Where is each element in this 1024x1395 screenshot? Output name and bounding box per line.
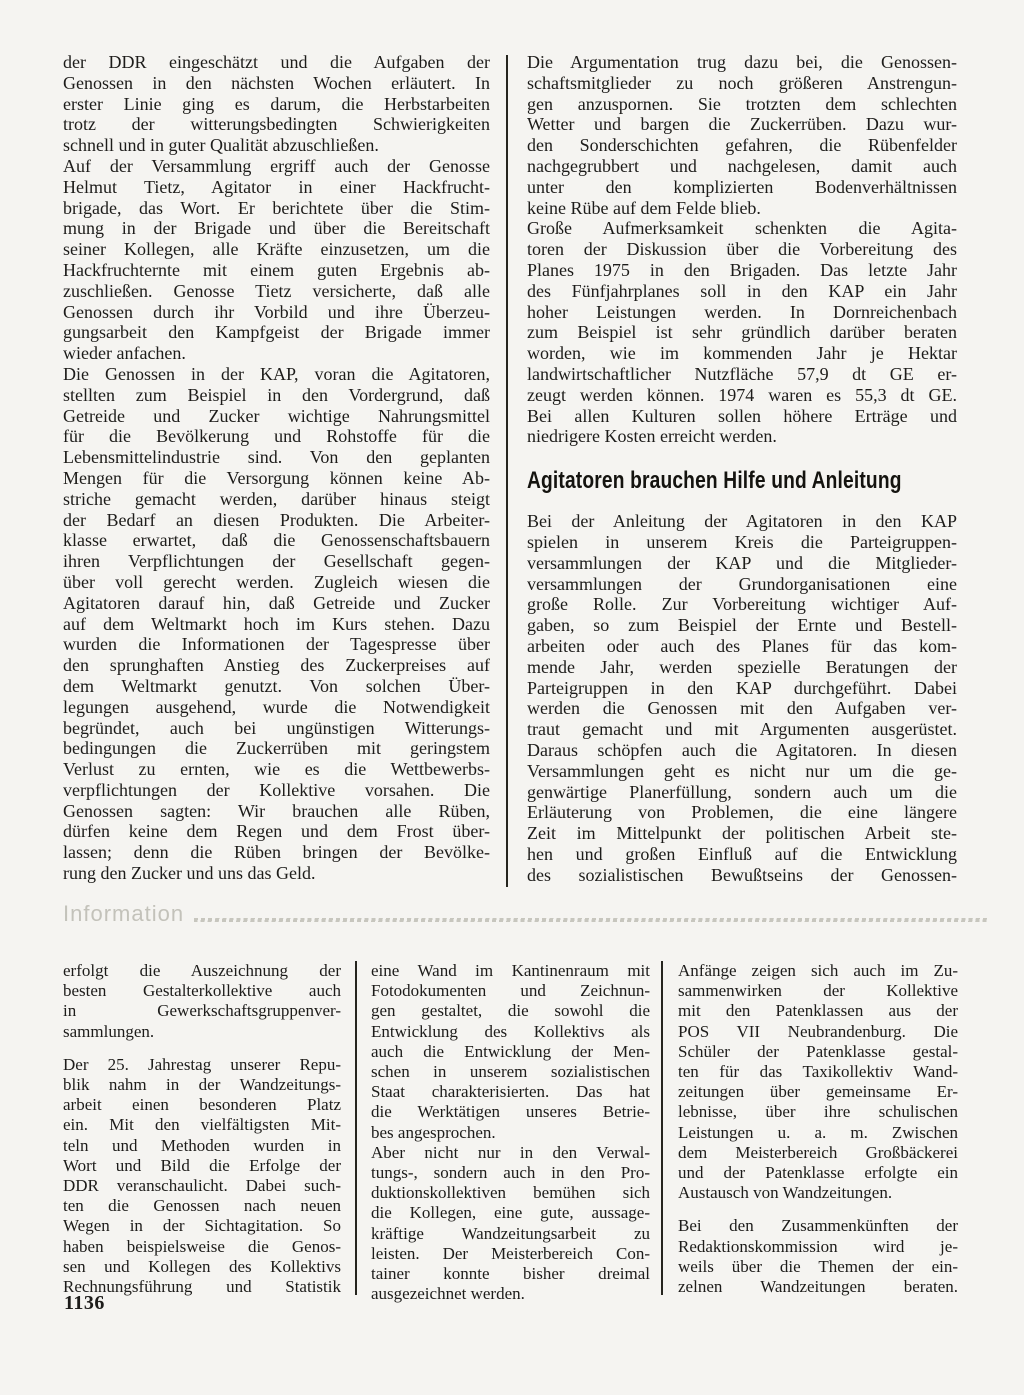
text-line: Genossen in den nächsten Wochen erläuter… bbox=[63, 73, 490, 94]
text-line: Bei den Zusammenkünften der bbox=[678, 1216, 958, 1236]
right-column-upper-paragraphs: Die Argumentation trug dazu bei, die Gen… bbox=[527, 52, 957, 447]
text-line: begründet, auch bei ungünstigen Witterun… bbox=[63, 718, 490, 739]
text-line: zum Beispiel ist sehr gründlich darüber … bbox=[527, 322, 957, 343]
scanned-journal-page: der DDR eingeschätzt und die Aufgaben de… bbox=[0, 0, 1024, 1395]
text-line: dürfen keine dem Regen und dem Frost übe… bbox=[63, 821, 490, 842]
text-line: zeugt werden können. 1974 waren es 55,3 … bbox=[527, 385, 957, 406]
paragraph: Auf der Versammlung ergriff auch der Gen… bbox=[63, 156, 490, 364]
text-line: weils über die Themen der ein- bbox=[678, 1257, 958, 1277]
text-line: Genossen durch ihr Vorbild und ihre Über… bbox=[63, 302, 490, 323]
paragraph: eine Wand im Kantinenraum mitFotodokumen… bbox=[371, 961, 650, 1143]
text-line: des Fünfjahrplanes soll in den KAP ein J… bbox=[527, 281, 957, 302]
text-line: auf dem Weltmarkt hoch im Kurs stehen. D… bbox=[63, 614, 490, 635]
paragraph: Aber nicht nur in den Verwal-tungs-, son… bbox=[371, 1143, 650, 1305]
text-line: Auf der Versammlung ergriff auch der Gen… bbox=[63, 156, 490, 177]
text-line: wurden die Informationen der Tagespresse… bbox=[63, 634, 490, 655]
text-line: Erläuterung von Problemen, die eine läng… bbox=[527, 802, 957, 823]
text-line: tainer konnte bisher dreimal bbox=[371, 1264, 650, 1284]
text-line: arbeit einen besonderen Platz bbox=[63, 1095, 341, 1115]
text-line: Wort und Bild die Erfolge der bbox=[63, 1156, 341, 1176]
text-line: sammlungen. bbox=[63, 1022, 341, 1042]
text-line: toren der Diskussion über die Vorbereitu… bbox=[527, 239, 957, 260]
text-line: striche gemacht werden, darüber hinaus s… bbox=[63, 489, 490, 510]
text-line: blik nahm in der Wandzeitungs- bbox=[63, 1075, 341, 1095]
text-line: Agitatoren darauf hin, daß Getreide und … bbox=[63, 593, 490, 614]
text-line: Staat charakterisierten. Das hat bbox=[371, 1082, 650, 1102]
text-line: haben beispielsweise die Genos- bbox=[63, 1237, 341, 1257]
text-line: Schüler der Patenklasse gestal- bbox=[678, 1042, 958, 1062]
text-line: rung den Zucker und uns das Geld. bbox=[63, 863, 490, 884]
text-line: versammlungen der KAP und die Mitglieder… bbox=[527, 553, 957, 574]
text-line: hen und großen Einfluß auf die Entwicklu… bbox=[527, 844, 957, 865]
text-line: dem Meisterbereich Großbäckerei bbox=[678, 1143, 958, 1163]
text-line: mung in der Brigade und über die Bereits… bbox=[63, 218, 490, 239]
information-section-label: Information bbox=[63, 902, 184, 926]
text-line: ten die Genossen nach neuen bbox=[63, 1196, 341, 1216]
text-line: Anfänge zeigen sich auch im Zu- bbox=[678, 961, 958, 981]
text-line: brigade, das Wort. Er berichtete über di… bbox=[63, 198, 490, 219]
text-line: worden, wie im kommenden Jahr je Hektar bbox=[527, 343, 957, 364]
article-column-right: Die Argumentation trug dazu bei, die Gen… bbox=[527, 52, 957, 885]
text-line: niedrigere Kosten erreicht werden. bbox=[527, 426, 957, 447]
text-line: trotz der witterungsbedingten Schwierigk… bbox=[63, 114, 490, 135]
text-line: gen anzuspornen. Sie trotzten dem schlec… bbox=[527, 94, 957, 115]
text-line: erster Linie ging es darum, die Herbstar… bbox=[63, 94, 490, 115]
text-line: Bei allen Kulturen sollen höhere Erträge… bbox=[527, 406, 957, 427]
column-divider-bottom-2 bbox=[661, 961, 663, 1295]
text-line: Redaktionskommission wird je- bbox=[678, 1237, 958, 1257]
paragraph: Bei den Zusammenkünften derRedaktionskom… bbox=[678, 1216, 958, 1297]
text-line: Helmut Tietz, Agitator in einer Hackfruc… bbox=[63, 177, 490, 198]
paragraph: Die Argumentation trug dazu bei, die Gen… bbox=[527, 52, 957, 218]
text-line: Austausch von Wandzeitungen. bbox=[678, 1183, 958, 1203]
text-line: Planes 1975 in den Brigaden. Das letzte … bbox=[527, 260, 957, 281]
text-line: landwirtschaftlicher Nutzfläche 57,9 dt … bbox=[527, 364, 957, 385]
text-line: ein. Mit den vielfältigsten Mit- bbox=[63, 1115, 341, 1135]
text-line: schen in unserem sozialistischen bbox=[371, 1062, 650, 1082]
text-line: Hackfruchternte mit einem guten Ergebnis… bbox=[63, 260, 490, 281]
text-line: lassen; denn die Rüben bringen der Bevöl… bbox=[63, 842, 490, 863]
text-line: legungen ausgehend, wurde die Notwendigk… bbox=[63, 697, 490, 718]
text-line: eine Wand im Kantinenraum mit bbox=[371, 961, 650, 981]
paragraph: Anfänge zeigen sich auch im Zu-sammenwir… bbox=[678, 961, 958, 1203]
text-line: arbeiten oder auch des Planes für das ko… bbox=[527, 636, 957, 657]
text-line: auch die Entwicklung der Men- bbox=[371, 1042, 650, 1062]
text-line: tungs-, sondern auch in den Pro- bbox=[371, 1163, 650, 1183]
text-line: teln und Methoden wurden in bbox=[63, 1136, 341, 1156]
text-line: wieder anfachen. bbox=[63, 343, 490, 364]
text-line: genwärtige Planerfüllung, sondern auch u… bbox=[527, 782, 957, 803]
text-line: lebnisse, über ihre schulischen bbox=[678, 1102, 958, 1122]
text-line: Wegen in der Sichtagitation. So bbox=[63, 1216, 341, 1236]
section-heading: Agitatoren brauchen Hilfe und Anleitung bbox=[527, 468, 957, 494]
text-line: Leistungen u. a. m. Zwischen bbox=[678, 1123, 958, 1143]
paragraph: Die Genossen in der KAP, voran die Agita… bbox=[63, 364, 490, 884]
text-line: kräftige Wandzeitungsarbeit zu bbox=[371, 1224, 650, 1244]
information-section-rule bbox=[194, 918, 988, 922]
text-line: duktionskollektiven bemühen sich bbox=[371, 1183, 650, 1203]
text-line: Lebensmittelindustrie sind. Von den gepl… bbox=[63, 447, 490, 468]
text-line: Bei der Anleitung der Agitatoren in den … bbox=[527, 511, 957, 532]
text-line: und der Patenklasse erfolgte ein bbox=[678, 1163, 958, 1183]
text-line: Der 25. Jahrestag unserer Repu- bbox=[63, 1055, 341, 1075]
text-line: der DDR eingeschätzt und die Aufgaben de… bbox=[63, 52, 490, 73]
text-line: verpflichtungen der Kollektive vorsahen.… bbox=[63, 780, 490, 801]
text-line: Aber nicht nur in den Verwal- bbox=[371, 1143, 650, 1163]
text-line: Daraus schöpfen auch die Agitatoren. In … bbox=[527, 740, 957, 761]
column-divider-top bbox=[506, 55, 508, 887]
paragraph: erfolgt die Auszeichnung derbesten Gesta… bbox=[63, 961, 341, 1042]
text-line: in Gewerkschaftsgruppenver- bbox=[63, 1001, 341, 1021]
information-column-2: eine Wand im Kantinenraum mitFotodokumen… bbox=[371, 961, 650, 1304]
text-line: werden die Genossen mit den Aufgaben ver… bbox=[527, 698, 957, 719]
text-line: Parteigruppen in den KAP durchgeführt. D… bbox=[527, 678, 957, 699]
text-line: schnell und in guter Qualität abzuschlie… bbox=[63, 135, 490, 156]
text-line: versammlungen der Grundorganisationen ei… bbox=[527, 574, 957, 595]
text-line: Entwicklung des Kollektivs als bbox=[371, 1022, 650, 1042]
text-line: bedingungen die Zuckerrüben mit geringst… bbox=[63, 738, 490, 759]
text-line: Versammlungen geht es nicht nur um die g… bbox=[527, 761, 957, 782]
text-line: ten für das Taxikollektiv Wand- bbox=[678, 1062, 958, 1082]
text-line: zuschließen. Genosse Tietz versicherte, … bbox=[63, 281, 490, 302]
text-line: hoher Leistungen werden. In Dornreichenb… bbox=[527, 302, 957, 323]
text-line: gaben, so zum Beispiel der Ernte und Bes… bbox=[527, 615, 957, 636]
information-column-3: Anfänge zeigen sich auch im Zu-sammenwir… bbox=[678, 961, 958, 1297]
text-line: den Sonderschichten gefahren, die Rübenf… bbox=[527, 135, 957, 156]
text-line: des sozialistischen Bewußtseins der Geno… bbox=[527, 865, 957, 886]
text-line: erfolgt die Auszeichnung der bbox=[63, 961, 341, 981]
text-line: nachgegrubbert und nachgelesen, damit au… bbox=[527, 156, 957, 177]
text-line: POS VII Neubrandenburg. Die bbox=[678, 1022, 958, 1042]
text-line: stellten zum Beispiel in den Vordergrund… bbox=[63, 385, 490, 406]
information-column-1: erfolgt die Auszeichnung derbesten Gesta… bbox=[63, 961, 341, 1297]
text-line: mit den Patenklassen aus der bbox=[678, 1001, 958, 1021]
text-line: leisten. Der Meisterbereich Con- bbox=[371, 1244, 650, 1264]
text-line: Mengen für die Versorgung können keine A… bbox=[63, 468, 490, 489]
text-line: große Rolle. Zur Vorbereitung wichtiger … bbox=[527, 594, 957, 615]
text-line: zelnen Wandzeitungen beraten. bbox=[678, 1277, 958, 1297]
text-line: die Kollegen, eine gute, aussage- bbox=[371, 1203, 650, 1223]
column-divider-bottom-1 bbox=[355, 961, 357, 1295]
paragraph: Bei der Anleitung der Agitatoren in den … bbox=[527, 511, 957, 885]
text-line: zeitungen über gemeinsame Er- bbox=[678, 1082, 958, 1102]
page-number: 1136 bbox=[64, 1292, 105, 1315]
paragraph: Der 25. Jahrestag unserer Repu-blik nahm… bbox=[63, 1055, 341, 1297]
text-line: ihren Verpflichtungen der Gesellschaft g… bbox=[63, 551, 490, 572]
paragraph: Große Aufmerksamkeit schenkten die Agita… bbox=[527, 218, 957, 447]
text-line: der Bedarf an diesen Produkten. Die Arbe… bbox=[63, 510, 490, 531]
right-column-lower-paragraphs: Bei der Anleitung der Agitatoren in den … bbox=[527, 511, 957, 885]
text-line: bes angesprochen. bbox=[371, 1123, 650, 1143]
text-line: spielen in unserem Kreis die Parteigrupp… bbox=[527, 532, 957, 553]
text-line: für die Bevölkerung und Rohstoffe für di… bbox=[63, 426, 490, 447]
text-line: sen und Kollegen des Kollektivs bbox=[63, 1257, 341, 1277]
text-line: traut gemacht und mit Argumenten ausgerü… bbox=[527, 719, 957, 740]
information-band: Information bbox=[63, 896, 988, 926]
text-line: sammenwirken der Kollektive bbox=[678, 981, 958, 1001]
text-line: Verlust zu ernten, wie es die Wettbewerb… bbox=[63, 759, 490, 780]
text-line: klasse erwartet, daß die Genossenschafts… bbox=[63, 530, 490, 551]
text-line: über voll gerecht werden. Zugleich wiese… bbox=[63, 572, 490, 593]
text-line: Die Genossen in der KAP, voran die Agita… bbox=[63, 364, 490, 385]
article-column-left: der DDR eingeschätzt und die Aufgaben de… bbox=[63, 52, 490, 884]
text-line: gungsarbeit den Kampfgeist der Brigade i… bbox=[63, 322, 490, 343]
paragraph: der DDR eingeschätzt und die Aufgaben de… bbox=[63, 52, 490, 156]
text-line: keine Rübe auf dem Felde blieb. bbox=[527, 198, 957, 219]
text-line: den sprunghaften Anstieg des Zuckerpreis… bbox=[63, 655, 490, 676]
text-line: Die Argumentation trug dazu bei, die Gen… bbox=[527, 52, 957, 73]
text-line: Zeit im Mittelpunkt der politischen Arbe… bbox=[527, 823, 957, 844]
text-line: ausgezeichnet werden. bbox=[371, 1284, 650, 1304]
text-line: Getreide und Zucker wichtige Nahrungsmit… bbox=[63, 406, 490, 427]
text-line: besten Gestalterkollektive auch bbox=[63, 981, 341, 1001]
text-line: Große Aufmerksamkeit schenkten die Agita… bbox=[527, 218, 957, 239]
text-line: schaftsmitglieder zu noch größeren Anstr… bbox=[527, 73, 957, 94]
text-line: die Werktätigen unseres Betrie- bbox=[371, 1102, 650, 1122]
text-line: unter den komplizierten Bodenverhältniss… bbox=[527, 177, 957, 198]
text-line: Genossen sagten: Wir brauchen alle Rüben… bbox=[63, 801, 490, 822]
text-line: seiner Kollegen, alle Kräfte einzusetzen… bbox=[63, 239, 490, 260]
text-line: DDR veranschaulicht. Dabei such- bbox=[63, 1176, 341, 1196]
text-line: Wetter und bargen die Zuckerrüben. Dazu … bbox=[527, 114, 957, 135]
text-line: gen gestaltet, die sowohl die bbox=[371, 1001, 650, 1021]
text-line: dem Weltmarkt genutzt. Von solchen Über- bbox=[63, 676, 490, 697]
text-line: Fotodokumenten und Zeichnun- bbox=[371, 981, 650, 1001]
text-line: mende Jahr, werden spezielle Beratungen … bbox=[527, 657, 957, 678]
